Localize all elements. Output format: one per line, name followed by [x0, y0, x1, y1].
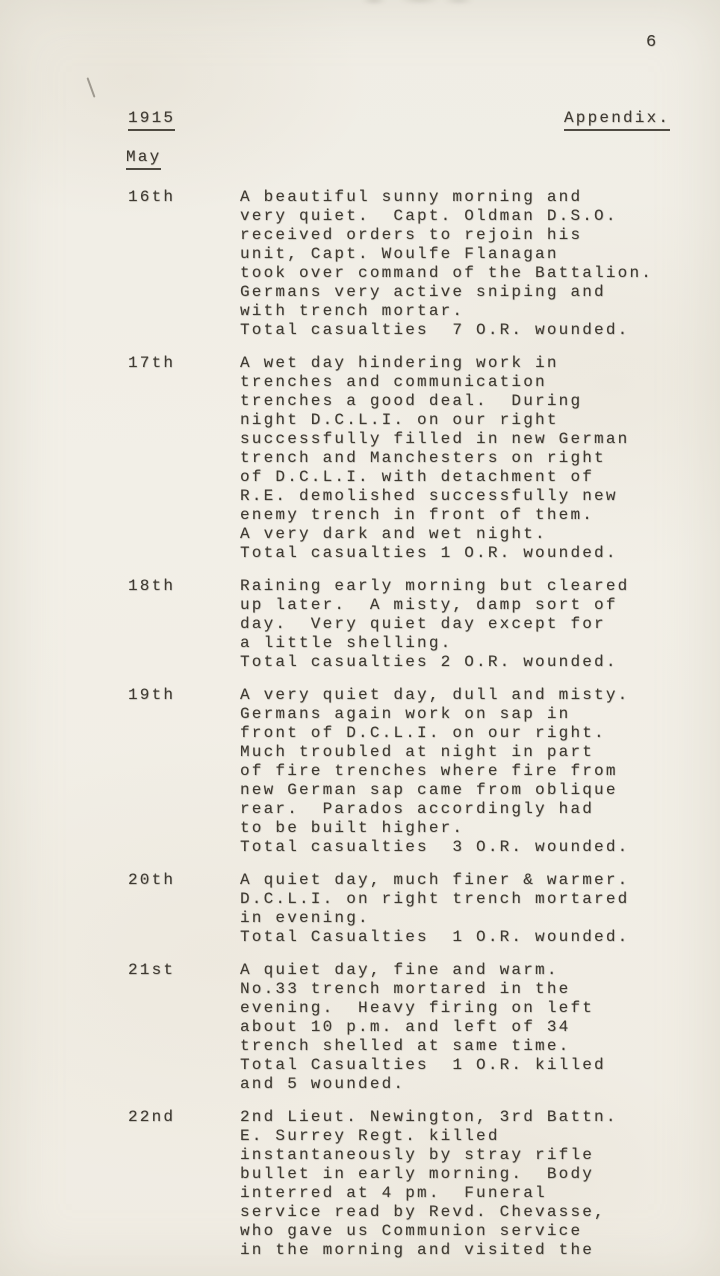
diary-entry: 21st A quiet day, fine and warm.No.33 tr… — [0, 961, 720, 1094]
entry-line: trenches a good deal. During — [240, 392, 720, 411]
entry-text: A quiet day, fine and warm.No.33 trench … — [240, 961, 720, 1094]
entry-day-label: 19th — [128, 686, 240, 857]
appendix-heading-text: Appendix. — [564, 109, 670, 131]
entry-line: to be built higher. — [240, 819, 720, 838]
entry-day-label: 16th — [128, 188, 240, 340]
entry-text: A quiet day, much finer & warmer.D.C.L.I… — [240, 871, 720, 947]
diary-entry: 17th A wet day hindering work intrenches… — [0, 354, 720, 563]
entry-line: A beautiful sunny morning and — [240, 188, 720, 207]
entry-line: unit, Capt. Woulfe Flanagan — [240, 245, 720, 264]
top-edge-smudge — [348, 0, 478, 8]
entry-line: successfully filled in new German — [240, 430, 720, 449]
entry-line: interred at 4 pm. Funeral — [240, 1184, 720, 1203]
entry-line: bullet in early morning. Body — [240, 1165, 720, 1184]
diary-entries-list: 16th A beautiful sunny morning andvery q… — [0, 188, 720, 1274]
entry-line: Total casualties 3 O.R. wounded. — [240, 838, 720, 857]
entry-line: A quiet day, fine and warm. — [240, 961, 720, 980]
entry-line: service read by Revd. Chevasse, — [240, 1203, 720, 1222]
entry-line: 2nd Lieut. Newington, 3rd Battn. — [240, 1108, 720, 1127]
entry-line: and 5 wounded. — [240, 1075, 720, 1094]
entry-line: of D.C.L.I. with detachment of — [240, 468, 720, 487]
entry-line: Raining early morning but cleared — [240, 577, 720, 596]
entry-line: Total casualties 7 O.R. wounded. — [240, 321, 720, 340]
entry-line: very quiet. Capt. Oldman D.S.O. — [240, 207, 720, 226]
entry-line: Germans very active sniping and — [240, 283, 720, 302]
entry-line: rear. Parados accordingly had — [240, 800, 720, 819]
entry-day-label: 20th — [128, 871, 240, 947]
year-heading: 1915 — [128, 109, 175, 131]
entry-line: R.E. demolished successfully new — [240, 487, 720, 506]
entry-line: A very dark and wet night. — [240, 525, 720, 544]
entry-line: D.C.L.I. on right trench mortared — [240, 890, 720, 909]
month-heading-text: May — [126, 148, 161, 170]
entry-line: Total casualties 1 O.R. wounded. — [240, 544, 720, 563]
entry-line: Much troubled at night in part — [240, 743, 720, 762]
entry-line: Total Casualties 1 O.R. wounded. — [240, 928, 720, 947]
entry-text: A beautiful sunny morning andvery quiet.… — [240, 188, 720, 340]
entry-line: with trench mortar. — [240, 302, 720, 321]
month-heading: May — [126, 148, 161, 170]
entry-text: A wet day hindering work intrenches and … — [240, 354, 720, 563]
entry-text: A very quiet day, dull and misty.Germans… — [240, 686, 720, 857]
entry-line: No.33 trench mortared in the — [240, 980, 720, 999]
entry-line: Germans again work on sap in — [240, 705, 720, 724]
diary-entry: 19th A very quiet day, dull and misty.Ge… — [0, 686, 720, 857]
appendix-heading: Appendix. — [564, 109, 670, 131]
entry-line: new German sap came from oblique — [240, 781, 720, 800]
year-heading-text: 1915 — [128, 109, 175, 131]
entry-line: instantaneously by stray rifle — [240, 1146, 720, 1165]
entry-line: received orders to rejoin his — [240, 226, 720, 245]
entry-line: A wet day hindering work in — [240, 354, 720, 373]
diary-entry: 22nd 2nd Lieut. Newington, 3rd Battn.E. … — [0, 1108, 720, 1260]
entry-day-label: 22nd — [128, 1108, 240, 1260]
diary-entry: 18th Raining early morning but clearedup… — [0, 577, 720, 672]
entry-line: who gave us Communion service — [240, 1222, 720, 1241]
entry-line: night D.C.L.I. on our right — [240, 411, 720, 430]
entry-line: took over command of the Battalion. — [240, 264, 720, 283]
entry-line: Total casualties 2 O.R. wounded. — [240, 653, 720, 672]
entry-line: day. Very quiet day except for — [240, 615, 720, 634]
entry-text: 2nd Lieut. Newington, 3rd Battn.E. Surre… — [240, 1108, 720, 1260]
diary-entry: 16th A beautiful sunny morning andvery q… — [0, 188, 720, 340]
entry-line: up later. A misty, damp sort of — [240, 596, 720, 615]
entry-line: about 10 p.m. and left of 34 — [240, 1018, 720, 1037]
entry-text: Raining early morning but clearedup late… — [240, 577, 720, 672]
entry-line: trench shelled at same time. — [240, 1037, 720, 1056]
entry-line: A very quiet day, dull and misty. — [240, 686, 720, 705]
entry-day-label: 18th — [128, 577, 240, 672]
entry-line: a little shelling. — [240, 634, 720, 653]
entry-line: enemy trench in front of them. — [240, 506, 720, 525]
entry-line: of fire trenches where fire from — [240, 762, 720, 781]
page-number: 6 — [646, 33, 658, 52]
entry-line: E. Surrey Regt. killed — [240, 1127, 720, 1146]
entry-line: in the morning and visited the — [240, 1241, 720, 1260]
entry-day-label: 17th — [128, 354, 240, 563]
entry-line: front of D.C.L.I. on our right. — [240, 724, 720, 743]
entry-line: trenches and communication — [240, 373, 720, 392]
entry-line: A quiet day, much finer & warmer. — [240, 871, 720, 890]
entry-line: trench and Manchesters on right — [240, 449, 720, 468]
entry-line: Total Casualties 1 O.R. killed — [240, 1056, 720, 1075]
entry-line: evening. Heavy firing on left — [240, 999, 720, 1018]
entry-line: in evening. — [240, 909, 720, 928]
diary-entry: 20th A quiet day, much finer & warmer.D.… — [0, 871, 720, 947]
entry-day-label: 21st — [128, 961, 240, 1094]
